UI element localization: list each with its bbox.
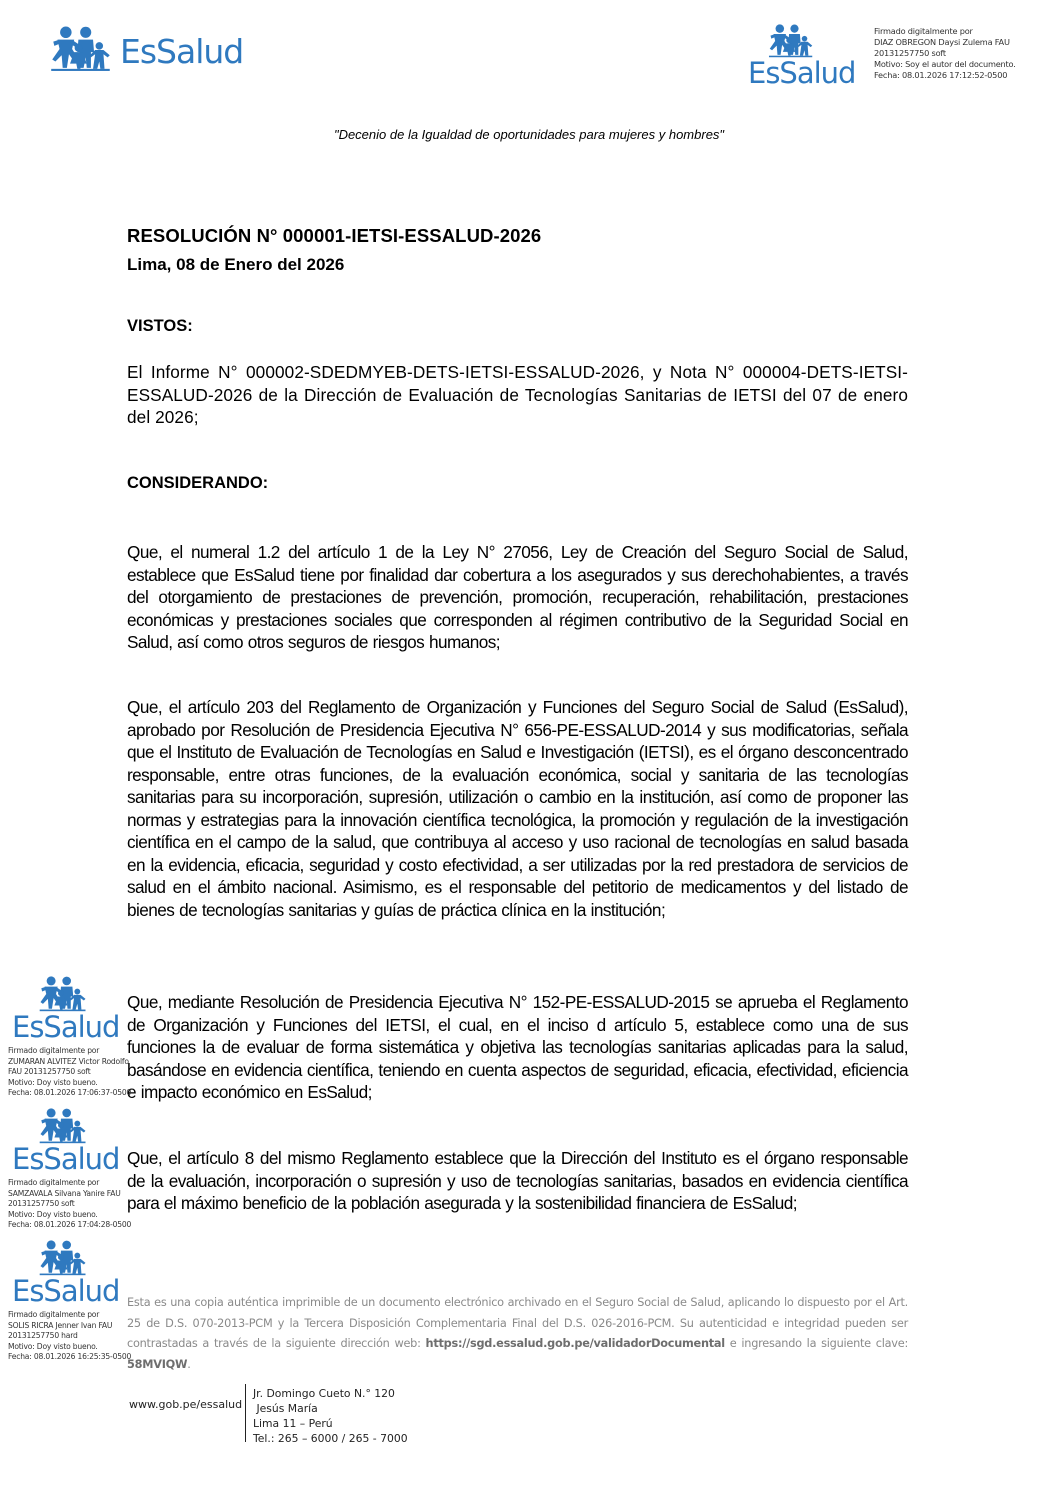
resolution-title: RESOLUCIÓN N° 000001-IETSI-ESSALUD-2026 bbox=[127, 225, 541, 247]
digital-signature-reviewer: Firmado digitalmente por SAMZAVALA Silva… bbox=[8, 1178, 131, 1231]
validation-key: 58MVIQW bbox=[127, 1358, 187, 1371]
footer-website-link[interactable]: www.gob.pe/essalud bbox=[129, 1398, 242, 1411]
side-signature-stamp: EsSalud Firmado digitalmente por ZUMARAN… bbox=[8, 976, 148, 1094]
signature-stamp-logo: EsSalud bbox=[744, 24, 844, 90]
validator-url-link[interactable]: https://sgd.essalud.gob.pe/validadorDocu… bbox=[426, 1337, 725, 1350]
resolution-date: Lima, 08 de Enero del 2026 bbox=[127, 255, 344, 275]
considerando-paragraph: Que, mediante Resolución de Presidencia … bbox=[127, 991, 908, 1104]
essalud-family-logo-icon bbox=[35, 1108, 91, 1144]
section-heading-vistos: VISTOS: bbox=[127, 317, 193, 336]
essalud-logo-text: EsSalud bbox=[748, 56, 855, 90]
side-signature-stamp: EsSalud Firmado digitalmente por SAMZAVA… bbox=[8, 1108, 148, 1226]
digital-signature-author: Firmado digitalmente por DIAZ OBREGON Da… bbox=[874, 26, 1016, 81]
essalud-logo-text: EsSalud bbox=[12, 1274, 119, 1308]
digital-signature-reviewer: Firmado digitalmente por ZUMARAN ALVITEZ… bbox=[8, 1046, 131, 1099]
footer-address: Jr. Domingo Cueto N.° 120 Jesús María Li… bbox=[253, 1386, 408, 1446]
essalud-logo-text: EsSalud bbox=[12, 1010, 119, 1044]
essalud-family-logo-icon bbox=[762, 24, 820, 58]
vistos-paragraph: El Informe N° 000002-SDEDMYEB-DETS-IETSI… bbox=[127, 361, 908, 429]
essalud-family-logo-icon bbox=[35, 1240, 91, 1276]
footer-divider bbox=[245, 1384, 246, 1442]
section-heading-considerando: CONSIDERANDO: bbox=[127, 474, 268, 493]
considerando-paragraph: Que, el artículo 8 del mismo Reglamento … bbox=[127, 1147, 908, 1215]
authenticity-notice: Esta es una copia auténtica imprimible d… bbox=[127, 1293, 908, 1375]
considerando-paragraph: Que, el numeral 1.2 del artículo 1 de la… bbox=[127, 541, 908, 654]
essalud-logo-text: EsSalud bbox=[120, 32, 243, 71]
essalud-family-logo-icon bbox=[35, 976, 91, 1012]
essalud-family-logo-icon bbox=[46, 26, 116, 72]
essalud-logo-header: EsSalud bbox=[46, 26, 256, 74]
essalud-logo-text: EsSalud bbox=[12, 1142, 119, 1176]
considerando-paragraph: Que, el artículo 203 del Reglamento de O… bbox=[127, 696, 908, 921]
digital-signature-reviewer: Firmado digitalmente por SOLIS RICRA Jen… bbox=[8, 1310, 131, 1363]
decade-motto: "Decenio de la Igualdad de oportunidades… bbox=[0, 127, 1058, 142]
